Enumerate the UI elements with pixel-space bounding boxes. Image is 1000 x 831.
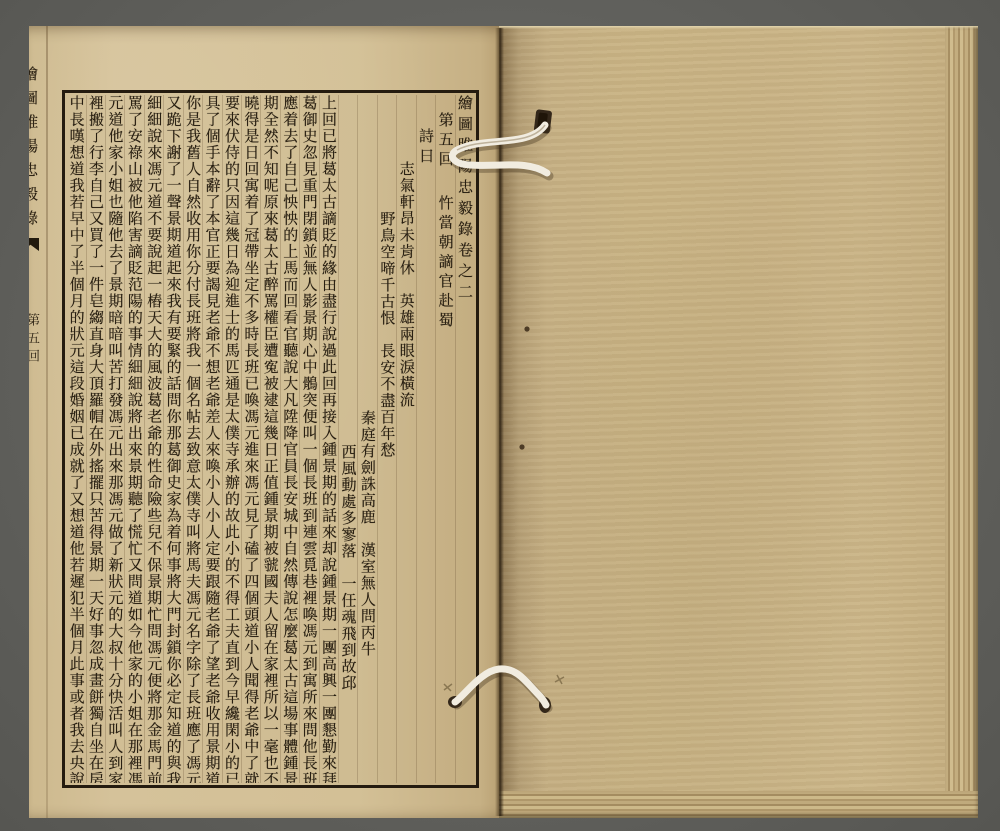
body-text: 應着去了自己怏怏的上馬而回看官聽說大凡陞降官員長安城中自然傳說怎麼葛太古這場事體… bbox=[281, 95, 299, 783]
fold-edge-line bbox=[46, 26, 48, 818]
poem-label-text: 詩曰 bbox=[417, 128, 435, 168]
volume-title-text: 繪圖睢陽忠毅錄卷之二 bbox=[456, 95, 474, 305]
text-column-body: 期全然不知呢原來葛太古醉罵權臣遭寃被逮這幾日正值鍾景期被虢國夫人留在家裡所以一毫… bbox=[260, 95, 279, 783]
chapter-heading-text: 第五回 bbox=[437, 112, 455, 171]
poem-couplet-text: 西風動處多寥落 bbox=[339, 444, 357, 560]
text-column-volume-title: 繪圖睢陽忠毅錄卷之二 bbox=[455, 95, 474, 783]
body-text: 又跪下謝了一聲景期道起來我有要緊的話問你那葛御史家為着何事將大門封鎖你必定知道的… bbox=[165, 95, 183, 783]
text-column-body: 中長嘆想道我若早中了半個月的狀元這段婚姻已成就了又想道他若遲犯半個月此事或者我去… bbox=[67, 95, 85, 783]
body-text: 你是我舊人自然收用你分付長班將我一個名帖去致意太僕寺叫將馬夫馮元名字除了長班應了… bbox=[184, 95, 202, 783]
spine-strip: 繪圖睢陽忠毅錄 第五回 bbox=[29, 66, 44, 806]
body-text: 上回已將葛太古謫貶的緣由盡行說過此回再接入鍾景期的話來却說鍾景期一團高興一團懇勤… bbox=[320, 95, 338, 783]
text-column-poem-couplet: 野鳥空啼千古恨長安不盡百年愁 bbox=[377, 95, 396, 783]
text-column-poem-label: 詩曰 bbox=[416, 95, 435, 783]
text-column-body: 元道他家小姐也隨他去了景期暗暗叫苦打發馮元出來那馮元做了新狀元的大叔十分快活叫人… bbox=[105, 95, 124, 783]
body-text: 具了個手本辭了本官正要謁見老爺不想老爺差人來喚小人小人定要跟隨老爺了望老爺收用景… bbox=[204, 95, 222, 783]
right-page bbox=[499, 26, 978, 818]
spine-chapter: 第五回 bbox=[29, 313, 41, 367]
poem-couplet-text: 漢室無人問丙牛 bbox=[359, 542, 377, 658]
text-column-poem-couplet: 秦庭有劍誅高鹿漢室無人問丙牛 bbox=[357, 95, 376, 783]
body-text: 要來伏侍的只因這幾日為迎進士的馬匹通是太僕寺承辦的故此小的不得工夫直到今早纔閑小… bbox=[223, 95, 241, 783]
text-column-body: 要來伏侍的只因這幾日為迎進士的馬匹通是太僕寺承辦的故此小的不得工夫直到今早纔閑小… bbox=[222, 95, 241, 783]
text-column-chapter-heading: 第五回忤當朝謫官赴蜀 bbox=[435, 95, 454, 783]
text-frame: 繪圖睢陽忠毅錄卷之二第五回忤當朝謫官赴蜀詩曰志氣軒昂未肯休英雄兩眼淚橫流野鳥空啼… bbox=[62, 90, 479, 788]
text-column-body: 葛御史忽見重門閉鎖並無人影景期心中鶻突便叫一個長班到連雲覓巷裡喚馮元到寓所來問他… bbox=[299, 95, 318, 783]
text-column-poem-couplet: 志氣軒昂未肯休英雄兩眼淚橫流 bbox=[396, 95, 415, 783]
page-top-edge bbox=[499, 26, 978, 29]
body-text: 中長嘆想道我若早中了半個月的狀元這段婚姻已成就了又想道他若遲犯半個月此事或者我去… bbox=[68, 95, 86, 783]
left-page: 繪圖睢陽忠毅錄 第五回 繪圖睢陽忠毅錄卷之二第五回忤當朝謫官赴蜀詩曰志氣軒昂未肯… bbox=[29, 26, 499, 818]
fishtail-mark bbox=[29, 238, 39, 251]
body-text: 細細說來馮元道不要說起一樁天大的風波葛老爺的性命險些兒不保景期忙問馮元便將那金馬… bbox=[145, 95, 163, 783]
poem-couplet-text: 一任魂飛到故邱 bbox=[339, 576, 357, 692]
gutter-shadow bbox=[499, 26, 547, 818]
body-text: 期全然不知呢原來葛太古醉罵權臣遭寃被逮這幾日正值鍾景期被虢國夫人留在家裡所以一毫… bbox=[262, 95, 280, 783]
text-column-body: 你是我舊人自然收用你分付長班將我一個名帖去致意太僕寺叫將馬夫馮元名字除了長班應了… bbox=[183, 95, 202, 783]
poem-couplet-text: 英雄兩眼淚橫流 bbox=[398, 293, 416, 409]
poem-couplet-text: 秦庭有劍誅高鹿 bbox=[359, 410, 377, 526]
poem-couplet-text: 野鳥空啼千古恨 bbox=[378, 211, 396, 327]
body-text: 葛御史忽見重門閉鎖並無人影景期心中鶻突便叫一個長班到連雲覓巷裡喚馮元到寓所來問他… bbox=[301, 95, 319, 783]
page-stack-edge-right bbox=[945, 26, 978, 818]
text-column-body: 又跪下謝了一聲景期道起來我有要緊的話問你那葛御史家為着何事將大門封鎖你必定知道的… bbox=[163, 95, 182, 783]
book-photo: 繪圖睢陽忠毅錄 第五回 繪圖睢陽忠毅錄卷之二第五回忤當朝謫官赴蜀詩曰志氣軒昂未肯… bbox=[29, 26, 978, 818]
spine-title: 繪圖睢陽忠毅錄 bbox=[29, 66, 41, 234]
body-text: 曉得是日回寓着了冠帶坐定不多時長班已喚馮元進來馮元見了磕了四個頭道小人聞得老爺中… bbox=[242, 95, 260, 783]
text-column-body: 具了個手本辭了本官正要謁見老爺不想老爺差人來喚小人小人定要跟隨老爺了望老爺收用景… bbox=[202, 95, 221, 783]
poem-couplet-text: 志氣軒昂未肯休 bbox=[398, 161, 416, 277]
poem-couplet-text: 長安不盡百年愁 bbox=[378, 343, 396, 459]
body-text: 裡搬了行李自己又買了一件皂縐直身大頂羅帽在外搖擺只苦得景期一天好事忽成畫餅獨自坐… bbox=[87, 95, 105, 783]
text-column-body: 裡搬了行李自己又買了一件皂縐直身大頂羅帽在外搖擺只苦得景期一天好事忽成畫餅獨自坐… bbox=[86, 95, 105, 783]
text-column-body: 應着去了自己怏怏的上馬而回看官聽說大凡陞降官員長安城中自然傳說怎麼葛太古這場事體… bbox=[280, 95, 299, 783]
gutter-crease bbox=[495, 28, 504, 816]
text-column-body: 曉得是日回寓着了冠帶坐定不多時長班已喚馮元進來馮元見了磕了四個頭道小人聞得老爺中… bbox=[241, 95, 260, 783]
text-column-poem-couplet: 西風動處多寥落一任魂飛到故邱 bbox=[338, 95, 357, 783]
body-text: 元道他家小姐也隨他去了景期暗暗叫苦打發馮元出來那馮元做了新狀元的大叔十分快活叫人… bbox=[106, 95, 124, 783]
body-text: 罵了安祿山被他陷害謫貶范陽的事情細細說將出來景期聽了慌忙又問道如今他家的小姐在那… bbox=[126, 95, 144, 783]
text-column-body: 罵了安祿山被他陷害謫貶范陽的事情細細說將出來景期聽了慌忙又問道如今他家的小姐在那… bbox=[124, 95, 143, 783]
text-column-body: 上回已將葛太古謫貶的緣由盡行說過此回再接入鍾景期的話來却說鍾景期一團高興一團懇勤… bbox=[319, 95, 338, 783]
photo-background: { "book": { "volume_title": "繪圖睢陽忠毅錄卷之二"… bbox=[0, 0, 1000, 831]
page-stack-edge-bottom bbox=[499, 791, 978, 818]
chapter-heading-text: 忤當朝謫官赴蜀 bbox=[437, 195, 455, 332]
text-column-body: 細細說來馮元道不要說起一樁天大的風波葛老爺的性命險些兒不保景期忙問馮元便將那金馬… bbox=[144, 95, 163, 783]
